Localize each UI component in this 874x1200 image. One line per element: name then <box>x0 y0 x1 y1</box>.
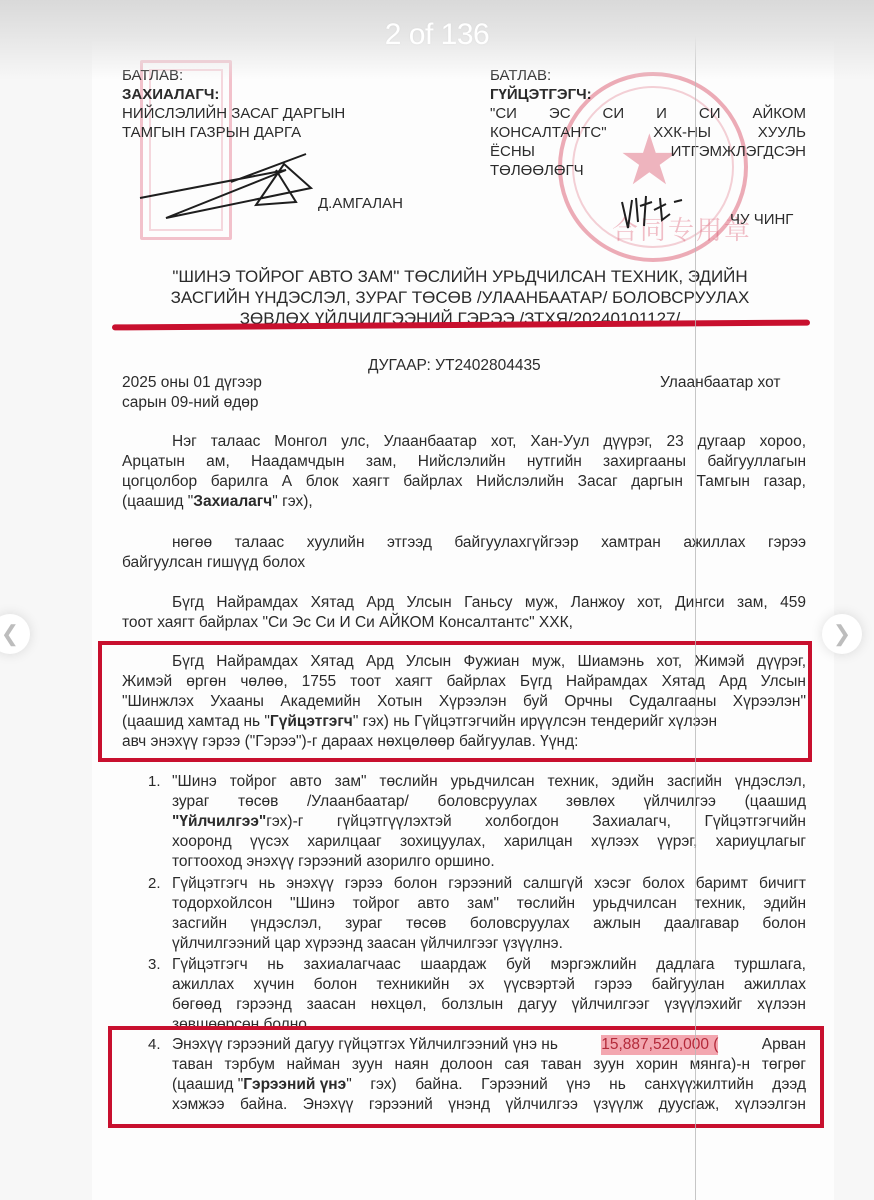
list-number: 4. <box>148 1035 161 1055</box>
list-number: 2. <box>148 874 161 894</box>
customer-signature-icon <box>136 150 336 220</box>
contract-place: Улаанбаатар хот <box>660 373 781 393</box>
chevron-right-icon: ❯ <box>833 621 851 647</box>
contractor-org-line3: ЁСНЫ ИТГЭМЖЛЭГДСЭН <box>490 142 806 161</box>
customer-org-line1: НИЙСЛЭЛИЙН ЗАСАГ ДАРГЫН <box>122 104 422 123</box>
contract-date-line1: 2025 оны 01 дүгээр <box>122 373 262 393</box>
list-number: 1. <box>148 772 161 792</box>
approve-label: БАТЛАВ: <box>490 66 806 85</box>
approve-label: БАТЛАВ: <box>122 66 422 85</box>
list-item-3: Гүйцэтгэгч нь захиалагчаас шаардаж буй м… <box>172 955 806 1027</box>
customer-role: ЗАХИАЛАГЧ: <box>122 85 422 104</box>
list-number: 3. <box>148 955 161 975</box>
contract-date-line2: сарын 09-ний өдөр <box>122 393 259 413</box>
customer-org-line2: ТАМГЫН ГАЗРЫН ДАРГА <box>122 123 422 142</box>
contractor-signature-icon <box>618 192 688 232</box>
contract-amount: 15,887,520,000 ( <box>601 1035 718 1055</box>
paragraph-consultant: Бүгд Найрамдах Хятад Ард Улсын Ганьсу му… <box>122 593 806 633</box>
contract-number: ДУГААР: УТ2402804435 <box>368 356 541 376</box>
contractor-org-line4: ТӨЛӨӨЛӨГЧ <box>490 161 806 180</box>
page-fold-line <box>695 0 696 1200</box>
contractor-org-line1: "СИ ЭС СИ И СИ АЙКОМ <box>490 104 806 123</box>
list-item-1: "Шинэ тойрог авто зам" төслийн урьдчилса… <box>172 772 806 872</box>
page-counter: 2 of 136 <box>0 18 874 52</box>
chevron-left-icon: ❮ <box>1 621 19 647</box>
paragraph-institute: Бүгд Найрамдах Хятад Ард Улсын Фужиан му… <box>122 652 806 752</box>
list-item-2: Гүйцэтгэгч нь энэхүү гэрээ болон гэрээни… <box>172 874 806 954</box>
document-viewer: ★ 合同专用章 БАТЛАВ: ЗАХИАЛАГЧ: НИЙСЛЭЛИЙН ЗА… <box>0 0 874 1200</box>
next-page-button[interactable]: ❯ <box>822 614 862 654</box>
contractor-role: ГҮЙЦЭТГЭГЧ: <box>490 85 806 104</box>
list-item-4-contract-price: Энэхүү гэрээний дагуу гүйцэтгэх Үйлчилгэ… <box>172 1035 806 1115</box>
paragraph-customer: Нэг талаас Монгол улс, Улаанбаатар хот, … <box>122 432 806 512</box>
paragraph-members: нөгөө талаас хуулийн этгээд байгуулахгүй… <box>122 533 806 573</box>
previous-page-button[interactable]: ❮ <box>0 614 30 654</box>
contractor-org-line2: КОНСАЛТАНТС" ХХК-НЫ ХУУЛЬ <box>490 123 806 142</box>
